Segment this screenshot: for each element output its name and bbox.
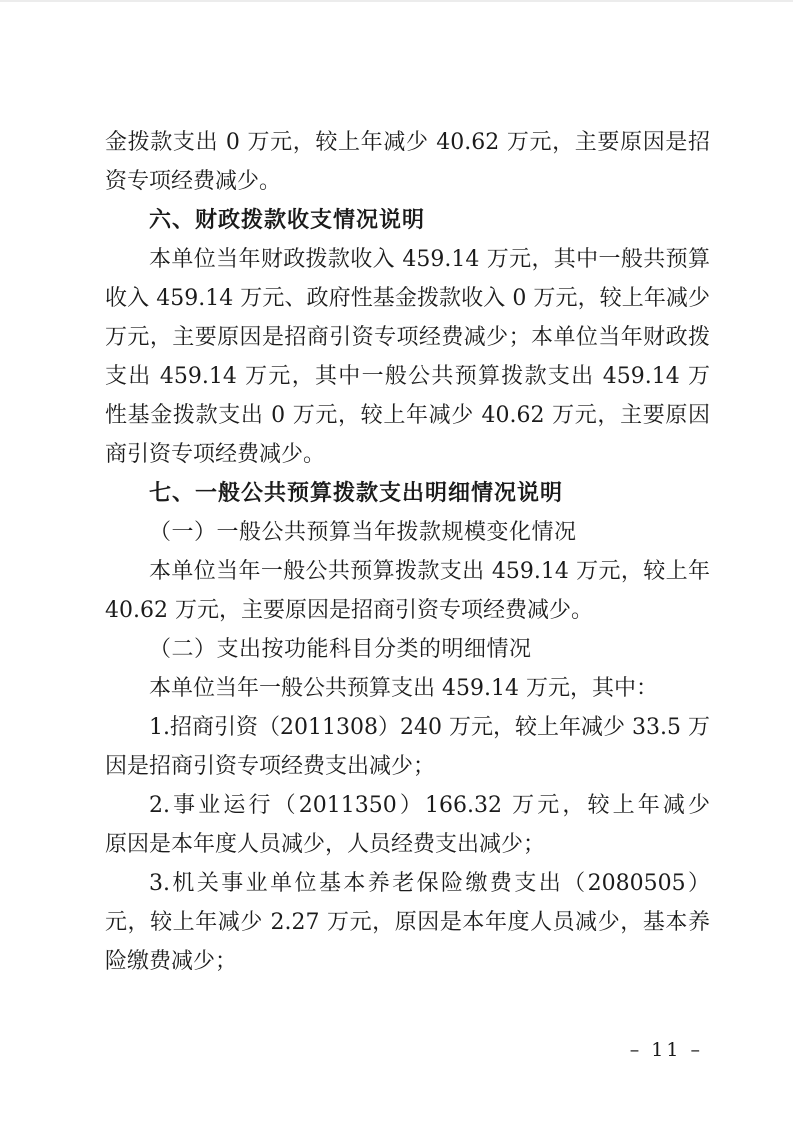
text-line: 本单位当年一般公共预算支出 459.14 万元，其中： <box>105 669 710 708</box>
text-line: 40.62 万元，主要原因是招商引资专项经费减少。 <box>105 591 710 630</box>
text-line: 3.机关事业单位基本养老保险缴费支出（2080505）23.87 万 <box>105 864 710 903</box>
text-line: 本单位当年财政拨款收入 459.14 万元，其中一般共预算拨款 <box>105 240 710 279</box>
text-line: 本单位当年一般公共预算拨款支出 459.14 万元，较上年减少 <box>105 552 710 591</box>
text-line: 险缴费减少； <box>105 942 710 981</box>
text-line: 原因是本年度人员减少，人员经费支出减少； <box>105 825 710 864</box>
text-line: 商引资专项经费减少。 <box>105 435 710 474</box>
text-line: 资专项经费减少。 <box>105 162 710 201</box>
text-line: 性基金拨款支出 0 万元，较上年减少 40.62 万元，主要原因是招 <box>105 396 710 435</box>
text-line: 因是招商引资专项经费支出减少； <box>105 747 710 786</box>
section-heading-six: 六、财政拨款收支情况说明 <box>105 201 710 240</box>
text-line: 金拨款支出 0 万元，较上年减少 40.62 万元，主要原因是招商引 <box>105 123 710 162</box>
text-line: 2.事业运行（2011350）166.32 万元，较上年减少 15.03 万元， <box>105 786 710 825</box>
text-line: 1.招商引资（2011308）240 万元，较上年减少 33.5 万元，原 <box>105 708 710 747</box>
text-line: 元，较上年减少 2.27 万元，原因是本年度人员减少，基本养老保 <box>105 903 710 942</box>
text-block: 金拨款支出 0 万元，较上年减少 40.62 万元，主要原因是招商引资专项经费减… <box>105 123 710 981</box>
page-number: – 11 – <box>630 1038 703 1062</box>
section-heading-seven: 七、一般公共预算拨款支出明细情况说明 <box>105 474 710 513</box>
document-page: 金拨款支出 0 万元，较上年减少 40.62 万元，主要原因是招商引资专项经费减… <box>0 0 793 1124</box>
subsection-heading-1: （一）一般公共预算当年拨款规模变化情况 <box>105 513 710 552</box>
text-line: 万元，主要原因是招商引资专项经费减少；本单位当年财政拨款 <box>105 318 710 357</box>
subsection-heading-2: （二）支出按功能科目分类的明细情况 <box>105 630 710 669</box>
text-line: 支出 459.14 万元，其中一般公共预算拨款支出 459.14 万元、政府 <box>105 357 710 396</box>
text-line: 收入 459.14 万元、政府性基金拨款收入 0 万元，较上年减少 40.62 <box>105 279 710 318</box>
